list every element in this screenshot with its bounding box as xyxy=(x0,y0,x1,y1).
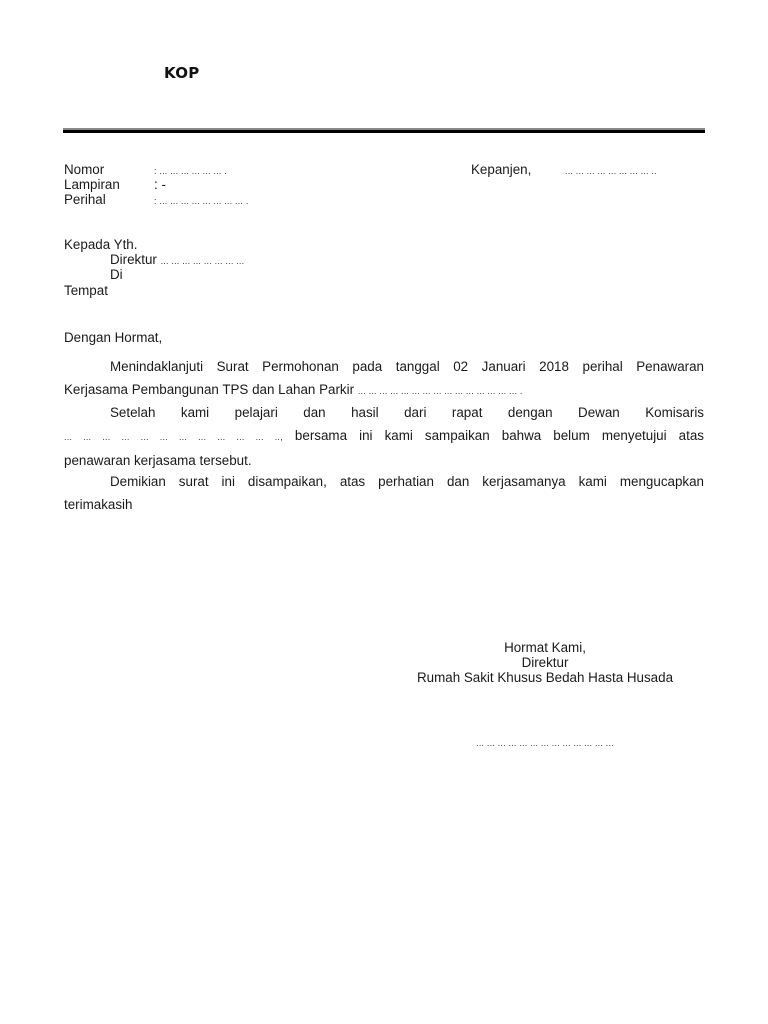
paragraph-3-line-1: Demikian surat ini disampaikan, atas per… xyxy=(64,470,704,493)
letter-page: KOP Nomor : ... ... ... ... ... ... . La… xyxy=(0,0,768,1024)
recipient-tempat: Tempat xyxy=(64,283,108,298)
letterhead-placeholder: KOP xyxy=(164,64,200,82)
signature-name-placeholder: ... ... ... ... ... ... ... ... ... ... … xyxy=(390,734,700,751)
date-dots: ... ... ... ... ... ... ... ... .. xyxy=(565,166,657,176)
place-label: Kepanjen, xyxy=(471,162,531,177)
signature-closing: Hormat Kami, xyxy=(390,640,700,655)
recipient-title-dots: ... ... ... ... ... ... ... ... xyxy=(161,256,245,266)
paragraph-2-dots: ... ... ... ... ... ... ... ... ... ... … xyxy=(64,432,283,442)
lampiran-label: Lampiran xyxy=(64,177,120,192)
paragraph-1-line-1: Menindaklanjuti Surat Permohonan pada ta… xyxy=(64,355,704,378)
date-value: ... ... ... ... ... ... ... ... .. xyxy=(565,162,657,179)
signature-position: Direktur xyxy=(390,655,700,670)
paragraph-1-dots: ... ... ... ... ... ... ... ... ... ... … xyxy=(358,386,523,396)
paragraph-2-line-2: ... ... ... ... ... ... ... ... ... ... … xyxy=(64,424,704,449)
paragraph-2: Setelah kami pelajari dan hasil dari rap… xyxy=(64,401,704,472)
recipient-greeting: Kepada Yth. xyxy=(64,237,137,252)
perihal-label: Perihal xyxy=(64,192,106,207)
recipient-di: Di xyxy=(110,267,123,282)
paragraph-3: Demikian surat ini disampaikan, atas per… xyxy=(64,470,704,516)
nomor-label: Nomor xyxy=(64,162,104,177)
paragraph-2-line-3: penawaran kerjasama tersebut. xyxy=(64,449,704,472)
perihal-dots: : ... ... ... ... ... ... ... ... . xyxy=(154,196,249,206)
nomor-dots: : ... ... ... ... ... ... . xyxy=(154,166,227,176)
paragraph-3-line-2: terimakasih xyxy=(64,493,704,516)
perihal-value: : ... ... ... ... ... ... ... ... . xyxy=(154,192,249,209)
salutation: Dengan Hormat, xyxy=(64,330,162,345)
lampiran-value: : - xyxy=(154,177,166,192)
paragraph-2-line-1: Setelah kami pelajari dan hasil dari rap… xyxy=(64,401,704,424)
paragraph-1-line-2: Kerjasama Pembangunan TPS dan Lahan Park… xyxy=(64,378,704,403)
recipient-title-label: Direktur xyxy=(110,252,157,267)
paragraph-1: Menindaklanjuti Surat Permohonan pada ta… xyxy=(64,355,704,403)
letterhead-rule-thick xyxy=(63,130,705,133)
signature-organization: Rumah Sakit Khusus Bedah Hasta Husada xyxy=(390,670,700,685)
recipient-title: Direktur ... ... ... ... ... ... ... ... xyxy=(110,252,244,269)
